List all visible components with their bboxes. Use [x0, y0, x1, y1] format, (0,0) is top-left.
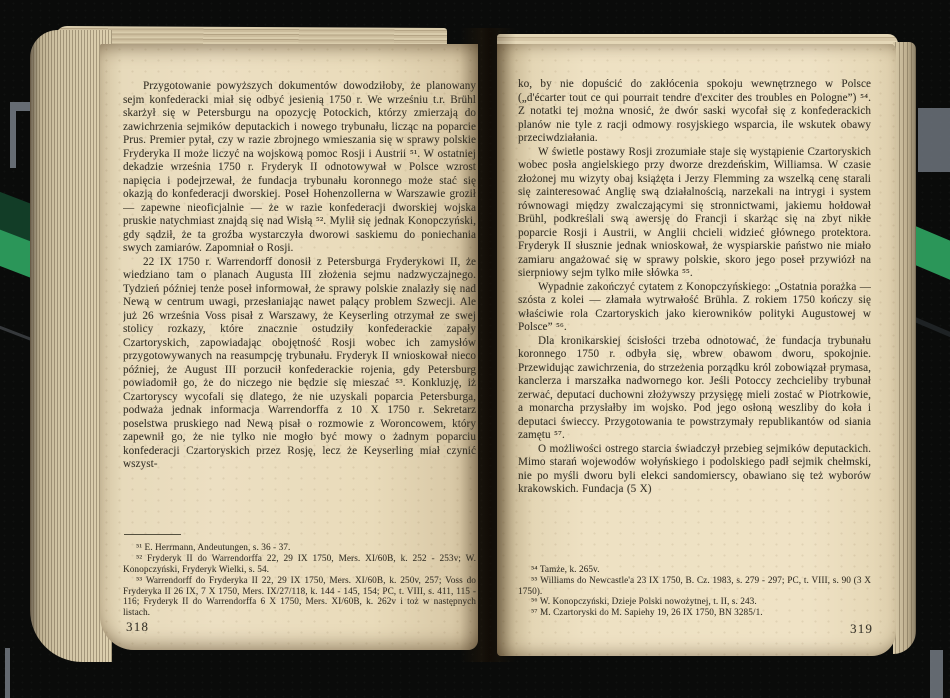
left-page-text: Przygotowanie powyższych dokumentów dowo… — [123, 80, 476, 618]
footnote: ⁵⁴ Tamże, k. 265v. — [518, 564, 871, 575]
paragraph: ko, by nie dopuścić do zakłócenia spokoj… — [518, 78, 871, 146]
footnote: ⁵¹ E. Herrmann, Andeutungen, s. 36 - 37. — [123, 542, 476, 553]
paragraph: Przygotowanie powyższych dokumentów dowo… — [123, 80, 476, 256]
footnote: ⁵³ Warrendorff do Fryderyka II 22, 29 IX… — [123, 575, 476, 618]
right-page-footnotes: ⁵⁴ Tamże, k. 265v.⁵⁵ Williams do Newcast… — [518, 564, 871, 618]
page-stack-side-edge-right — [893, 42, 916, 654]
left-page-footnotes: ⁵¹ E. Herrmann, Andeutungen, s. 36 - 37.… — [123, 542, 476, 618]
desk-background: Przygotowanie powyższych dokumentów dowo… — [0, 0, 950, 698]
left-page-body: Przygotowanie powyższych dokumentów dowo… — [123, 80, 476, 472]
paragraph: W świetle postawy Rosji zrozumiałe staje… — [518, 146, 871, 281]
paragraph: O możliwości ostrego starcia świadczył p… — [518, 443, 871, 497]
footnote: ⁵² Fryderyk II do Warrendorffa 22, 29 IX… — [123, 553, 476, 575]
page-number-right: 319 — [850, 621, 873, 637]
footnote: ⁵⁵ Williams do Newcastle'a 23 IX 1750, B… — [518, 575, 871, 597]
footnote-rule — [124, 534, 181, 536]
footnote: ⁵⁶ W. Konopczyński, Dzieje Polski nowoży… — [518, 596, 871, 607]
page-number-left: 318 — [126, 619, 149, 635]
deco-gray-bar-bottom-left — [5, 648, 10, 698]
deco-gray-rect-top-right — [918, 108, 950, 172]
paragraph: Wypadnie zakończyć cytatem z Konopczyńsk… — [518, 281, 871, 335]
right-page-body: ko, by nie dopuścić do zakłócenia spokoj… — [518, 78, 871, 497]
footnote: ⁵⁷ M. Czartoryski do M. Sapiehy 19, 26 I… — [518, 607, 871, 618]
paragraph: Dla kronikarskiej ścisłości trzeba odnot… — [518, 335, 871, 443]
right-page-text: ko, by nie dopuścić do zakłócenia spokoj… — [518, 78, 871, 618]
paragraph: 22 IX 1750 r. Warrendorff donosił z Pete… — [123, 256, 476, 472]
deco-gray-bar-bottom-right — [930, 650, 943, 698]
